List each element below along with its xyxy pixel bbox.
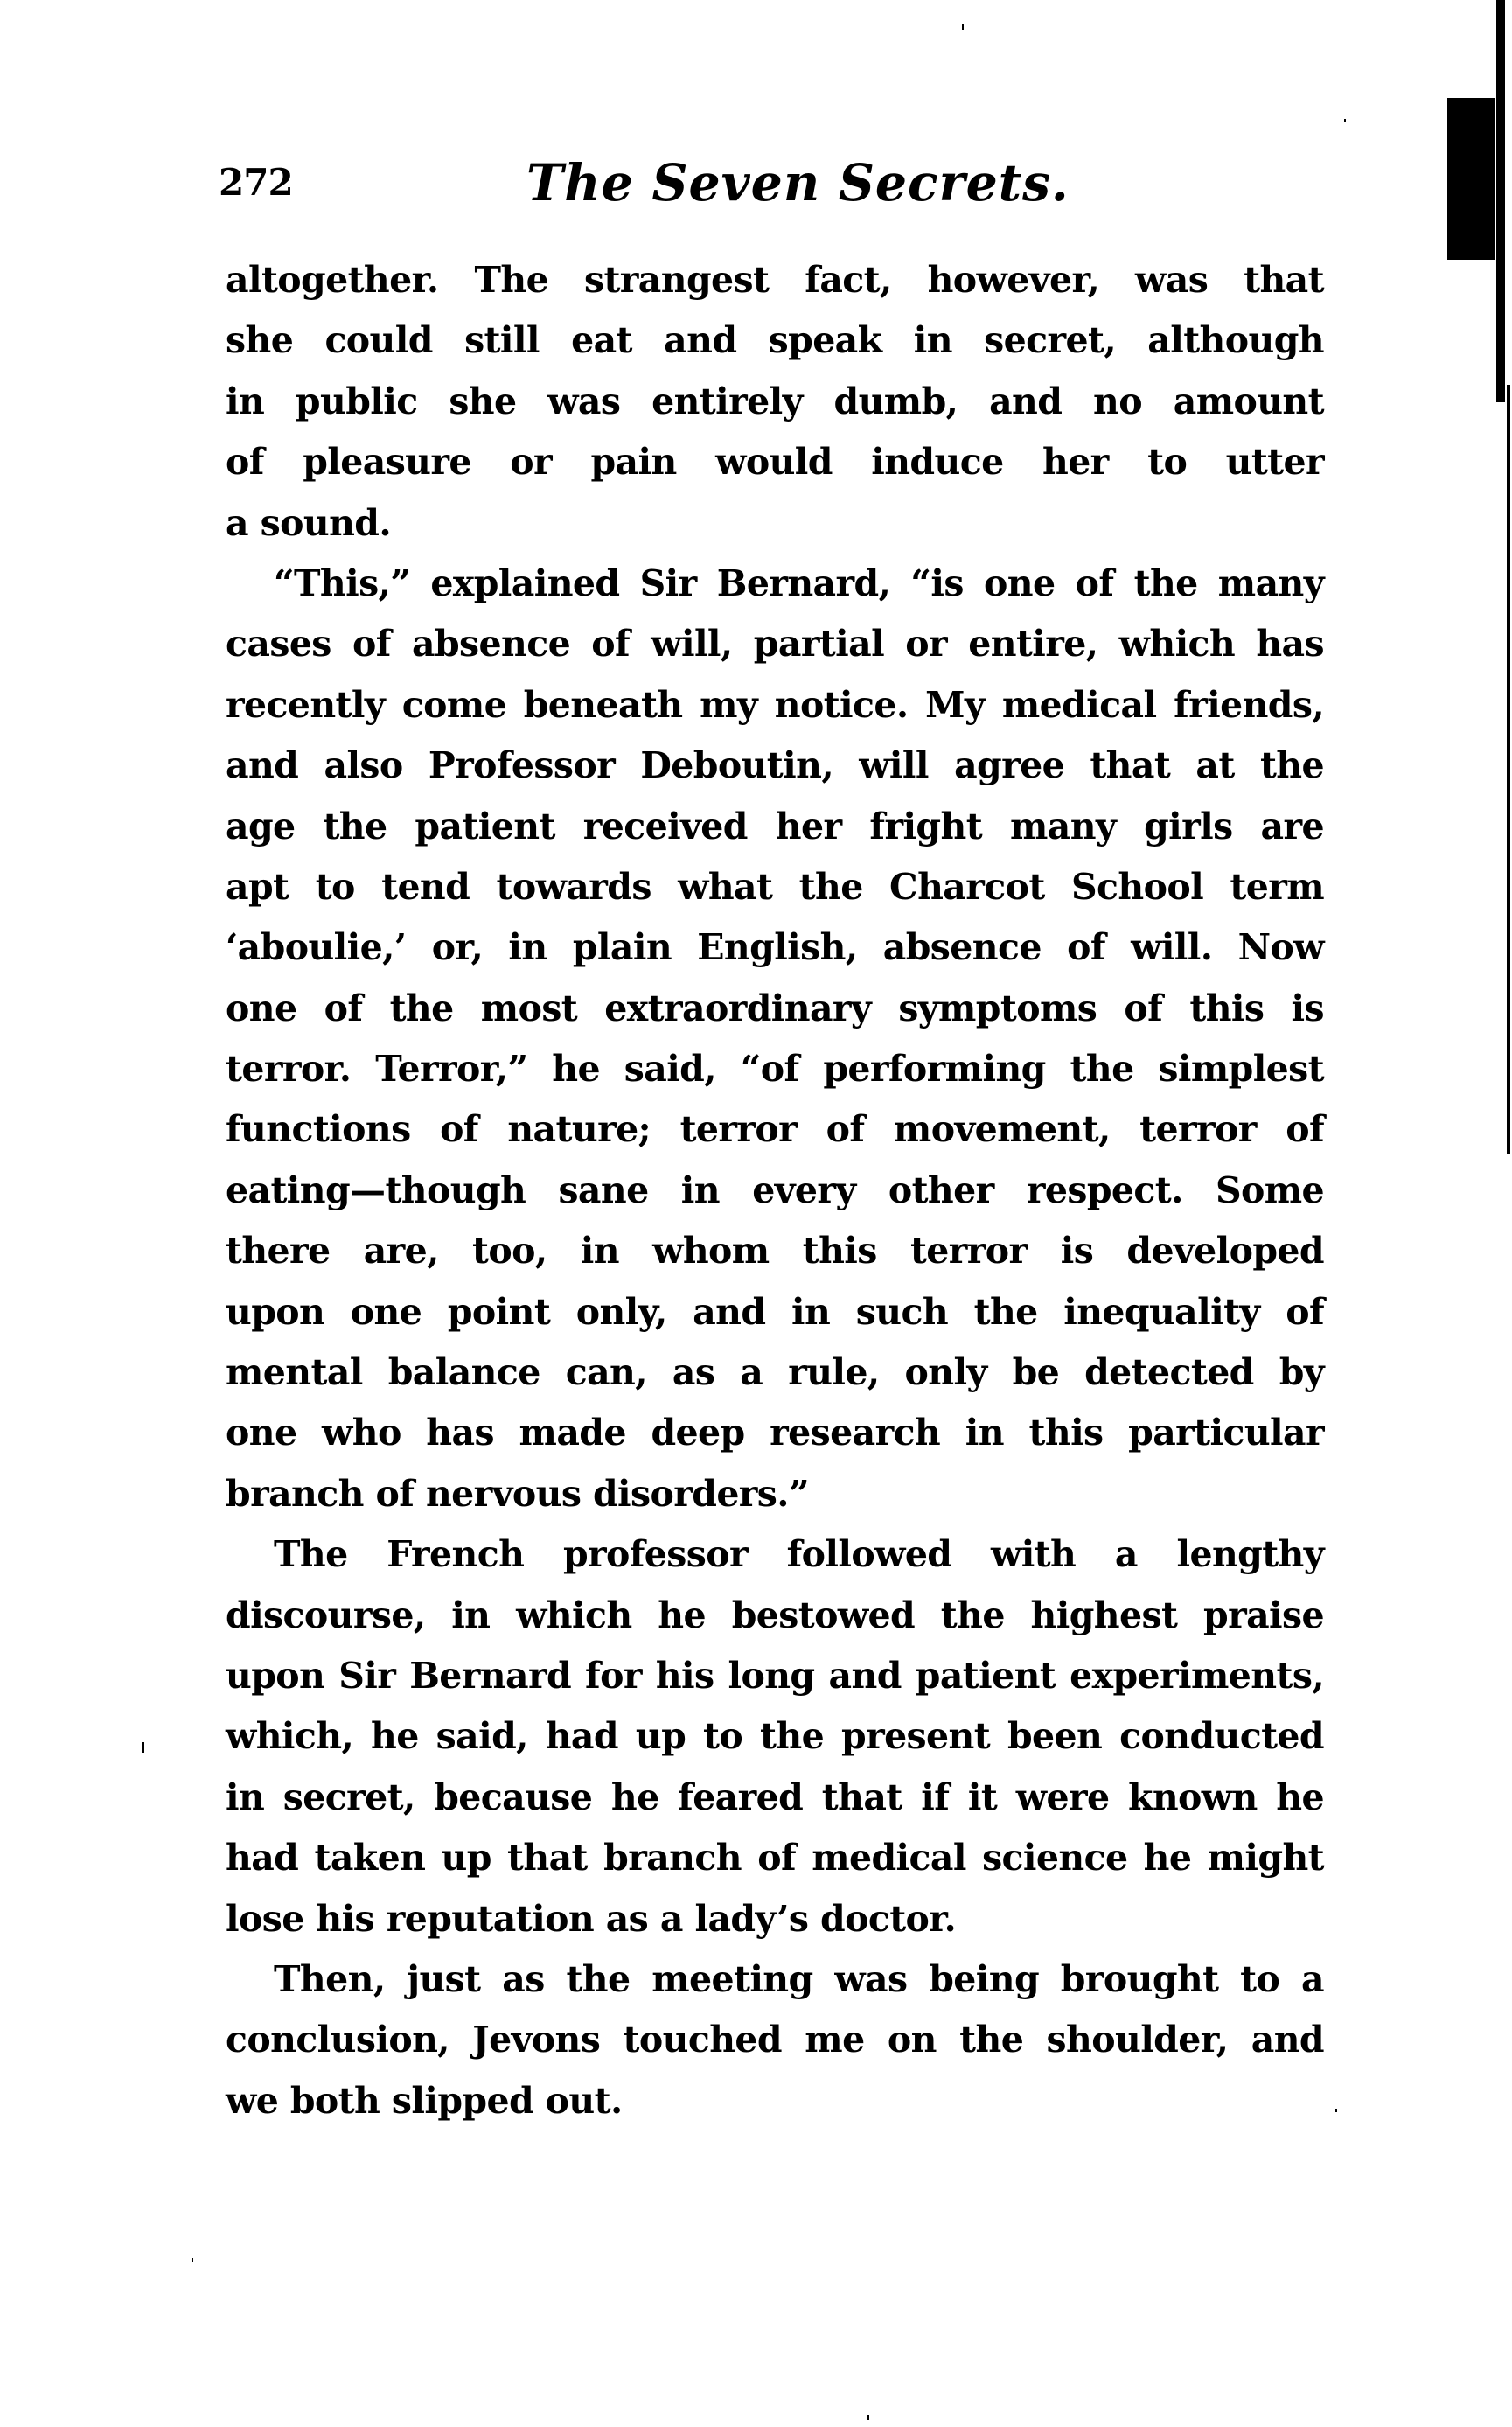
scan-edge-shadow [1447, 98, 1495, 260]
text-line: branch of nervous disorders.” [226, 1464, 1324, 1524]
text-line: ‘aboulie,’ or, in plain English, absence… [226, 917, 1324, 978]
text-line: upon one point only, and in such the ine… [226, 1282, 1324, 1343]
paragraph-2: “This,” explained Sir Bernard, “is one o… [226, 554, 1324, 1524]
text-line: The French professor followed with a len… [226, 1524, 1324, 1585]
text-line: one of the most extraordinary symptoms o… [226, 979, 1324, 1039]
text-line: altogether. The strangest fact, however,… [226, 250, 1324, 310]
text-line: a sound. [226, 493, 1324, 554]
text-line: age the patient received her fright many… [226, 797, 1324, 857]
text-line: we both slipped out. [226, 2071, 1324, 2131]
text-line: mental balance can, as a rule, only be d… [226, 1343, 1324, 1403]
scan-speck [192, 2258, 193, 2262]
body-text: altogether. The strangest fact, however,… [226, 250, 1324, 2131]
text-line: terror. Terror,” he said, “of performing… [226, 1039, 1324, 1099]
text-line: upon Sir Bernard for his long and patien… [226, 1646, 1324, 1706]
scan-edge-line-thin [1507, 385, 1510, 1154]
paragraph-1: altogether. The strangest fact, however,… [226, 250, 1324, 554]
text-line: functions of nature; terror of movement,… [226, 1099, 1324, 1160]
text-line: discourse, in which he bestowed the high… [226, 1586, 1324, 1646]
paragraph-4: Then, just as the meeting was being brou… [226, 1949, 1324, 2131]
text-line: recently come beneath my notice. My medi… [226, 675, 1324, 736]
text-line: she could still eat and speak in secret,… [226, 310, 1324, 371]
text-line: Then, just as the meeting was being brou… [226, 1949, 1324, 2010]
paragraph-3: The French professor followed with a len… [226, 1524, 1324, 1949]
text-line: lose his reputation as a lady’s doctor. [226, 1889, 1324, 1949]
text-line: of pleasure or pain would induce her to … [226, 432, 1324, 492]
running-head: 272 The Seven Secrets. [219, 156, 1329, 217]
text-line: one who has made deep research in this p… [226, 1403, 1324, 1463]
scan-speck [962, 24, 964, 30]
text-line: and also Professor Deboutin, will agree … [226, 736, 1324, 796]
text-line: “This,” explained Sir Bernard, “is one o… [226, 554, 1324, 614]
text-line: which, he said, had up to the present be… [226, 1706, 1324, 1767]
book-page: 272 The Seven Secrets. altogether. The s… [0, 0, 1512, 2427]
text-line: had taken up that branch of medical scie… [226, 1828, 1324, 1888]
scan-edge-line [1496, 0, 1505, 402]
text-line: in secret, because he feared that if it … [226, 1768, 1324, 1828]
scan-speck [142, 1742, 144, 1753]
scan-speck [1335, 2109, 1337, 2112]
scan-speck [1344, 119, 1346, 122]
text-line: there are, too, in whom this terror is d… [226, 1221, 1324, 1281]
text-line: eating—though sane in every other respec… [226, 1161, 1324, 1221]
running-title: The Seven Secrets. [526, 156, 1070, 210]
scan-speck [867, 2415, 869, 2420]
text-line: cases of absence of will, partial or ent… [226, 614, 1324, 674]
text-line: in public she was entirely dumb, and no … [226, 372, 1324, 432]
page-number: 272 [219, 161, 293, 205]
text-line: apt to tend towards what the Charcot Sch… [226, 857, 1324, 917]
text-line: conclusion, Jevons touched me on the sho… [226, 2010, 1324, 2070]
